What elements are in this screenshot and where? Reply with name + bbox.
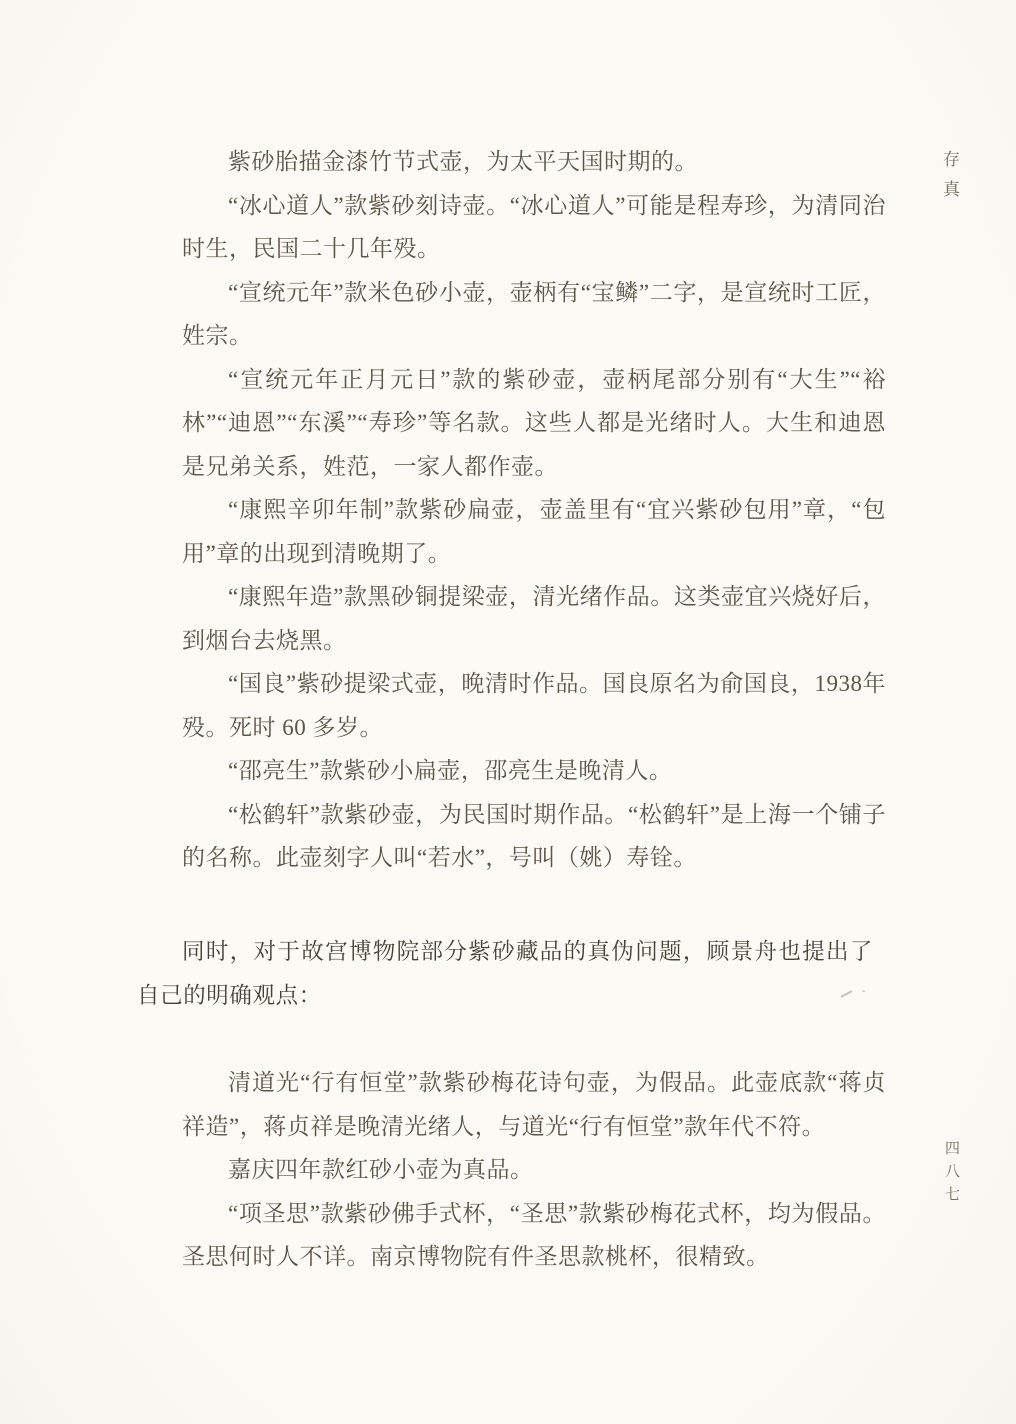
quote-block-appraisal-list: 紫砂胎描金漆竹节式壶，为太平天国时期的。“冰心道人”款紫砂刻诗壶。“冰心道人”可… [182,140,886,880]
paragraph: “宣统元年正月元日”款的紫砂壶，壶柄尾部分别有“大生”“裕林”“迪恩”“东溪”“… [182,358,886,489]
paragraph: “冰心道人”款紫砂刻诗壶。“冰心道人”可能是程寿珍，为清同治时生，民国二十几年殁… [182,184,886,271]
paragraph: “康熙辛卯年制”款紫砂扁壶，壶盖里有“宜兴紫砂包用”章，“包用”章的出现到清晚期… [182,488,886,575]
paragraph: “项圣思”款紫砂佛手式杯，“圣思”款紫砂梅花式杯，均为假品。圣思何时人不详。南京… [182,1192,886,1279]
running-head: 存真 [938,150,960,210]
paragraph: “松鹤轩”款紫砂壶，为民国时期作品。“松鹤轩”是上海一个铺子的名称。此壶刻字人叫… [182,793,886,880]
paragraph: “康熙年造”款黑砂铜提梁壶，清光绪作品。这类壶宜兴烧好后，到烟台去烧黑。 [182,575,886,662]
scan-artifact-dot [862,990,865,992]
paragraph: 嘉庆四年款红砂小壶为真品。 [182,1148,886,1192]
page-number: 四八七 [941,1140,960,1209]
paragraph: “国良”紫砂提梁式壶，晚清时作品。国良原名为俞国良，1938年殁。死时 60 多… [182,662,886,749]
paragraph: “邵亮生”款紫砂小扁壶，邵亮生是晚清人。 [182,749,886,793]
paragraph: 紫砂胎描金漆竹节式壶，为太平天国时期的。 [182,140,886,184]
quote-block-authenticity-list: 清道光“行有恒堂”款紫砂梅花诗句壶，为假品。此壶底款“蒋贞祥造”，蒋贞祥是晚清光… [182,1061,886,1279]
book-page: 存真 紫砂胎描金漆竹节式壶，为太平天国时期的。“冰心道人”款紫砂刻诗壶。“冰心道… [0,0,1016,1424]
body-paragraph-block: 同时，对于故宫博物院部分紫砂藏品的真伪问题，顾景舟也提出了自己的明确观点： [137,930,873,1018]
paragraph: 清道光“行有恒堂”款紫砂梅花诗句壶，为假品。此壶底款“蒋贞祥造”，蒋贞祥是晚清光… [182,1061,886,1148]
paragraph: 同时，对于故宫博物院部分紫砂藏品的真伪问题，顾景舟也提出了自己的明确观点： [137,930,873,1018]
paragraph: “宣统元年”款米色砂小壶，壶柄有“宝鳞”二字，是宣统时工匠，姓宗。 [182,271,886,358]
